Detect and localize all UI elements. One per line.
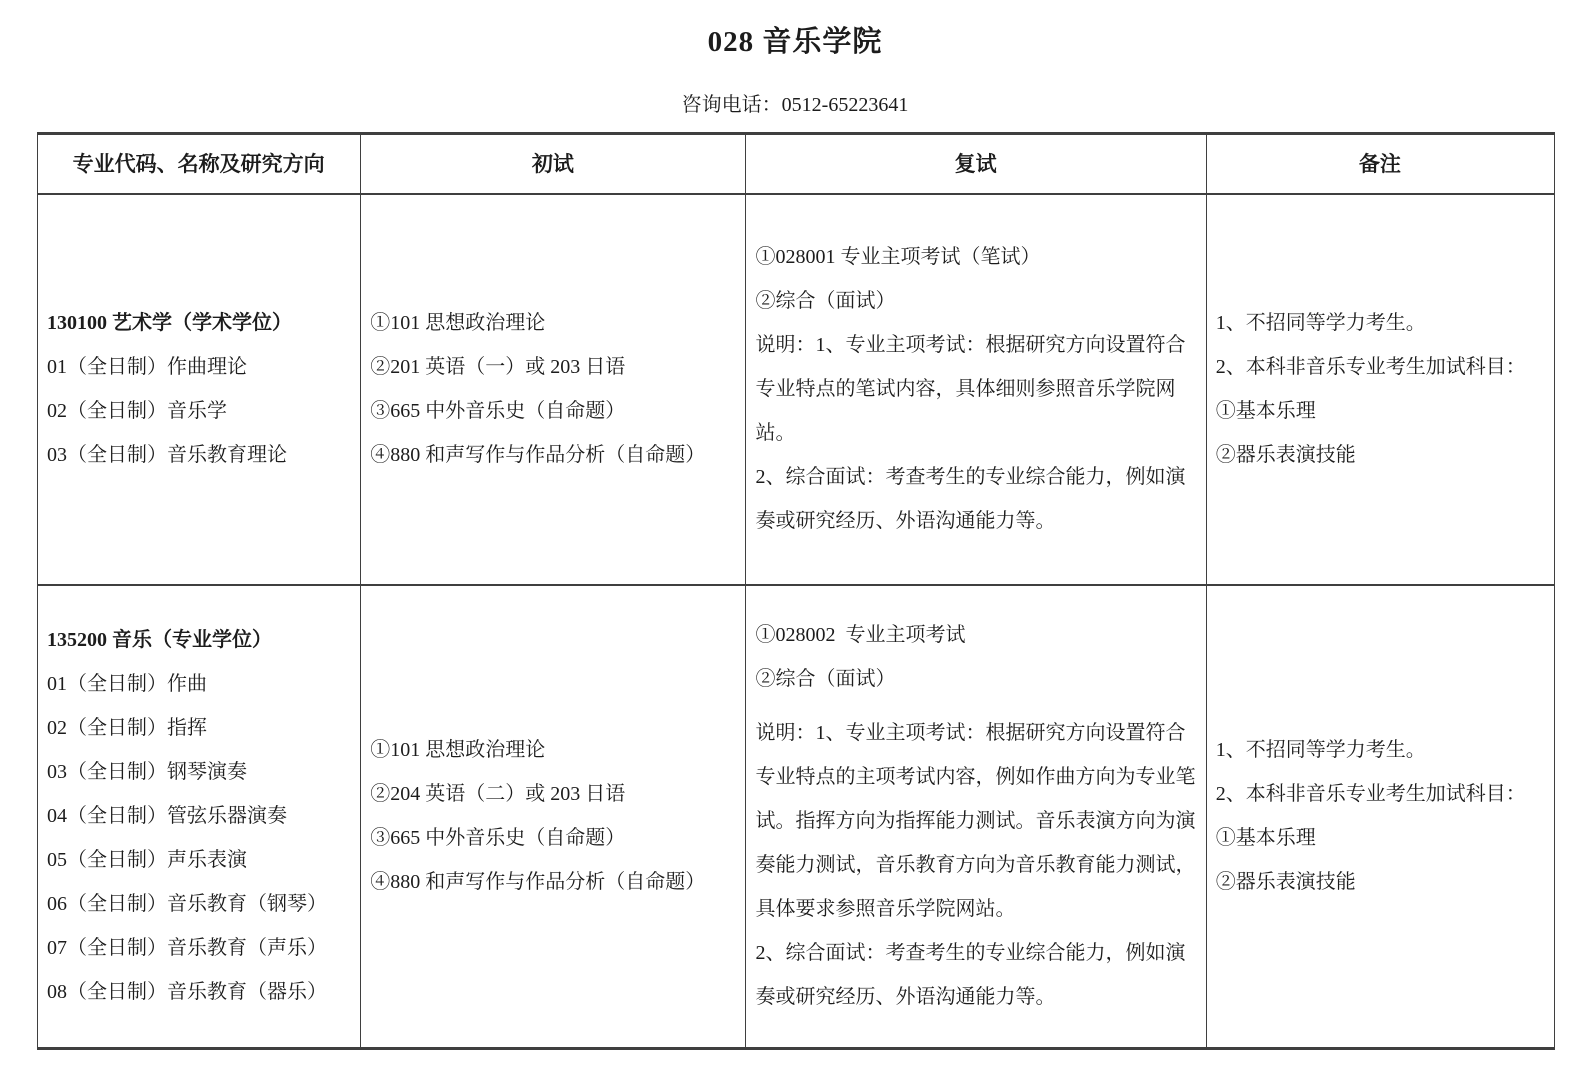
- retest-cell: ①028002 专业主项考试 ②综合（面试） 说明：1、专业主项考试：根据研究方…: [746, 585, 1206, 1049]
- contact-phone: 咨询电话：0512-65223641: [0, 92, 1590, 118]
- note-line: 1、不招同等学力考生。: [1216, 728, 1544, 772]
- exam-subject-line: ①101 思想政治理论: [370, 728, 735, 772]
- direction-line: 02（全日制）指挥: [47, 706, 350, 750]
- exam-subject-line: ②201 英语（一）或 203 日语: [370, 345, 735, 389]
- exam-subject-line: ③665 中外音乐史（自命题）: [370, 816, 735, 860]
- note-line: ②器乐表演技能: [1216, 433, 1544, 477]
- retest-paragraph: ①028002 专业主项考试: [755, 613, 1195, 657]
- retest-paragraph: ②综合（面试）: [755, 657, 1195, 701]
- direction-line: 07（全日制）音乐教育（声乐）: [47, 926, 350, 970]
- note-line: ①基本乐理: [1216, 816, 1544, 860]
- exam-subject-line: ①101 思想政治理论: [370, 301, 735, 345]
- header-cell-retest: 复试: [746, 134, 1206, 194]
- exam-subject-line: ③665 中外音乐史（自命题）: [370, 389, 735, 433]
- initial-exam-cell: ①101 思想政治理论 ②204 英语（二）或 203 日语 ③665 中外音乐…: [361, 585, 746, 1049]
- note-line: 1、不招同等学力考生。: [1216, 301, 1544, 345]
- notes-cell: 1、不招同等学力考生。 2、本科非音乐专业考生加试科目： ①基本乐理 ②器乐表演…: [1206, 194, 1554, 585]
- note-line: ②器乐表演技能: [1216, 860, 1544, 904]
- direction-line: 06（全日制）音乐教育（钢琴）: [47, 882, 350, 926]
- note-line: ①基本乐理: [1216, 389, 1544, 433]
- direction-line: 05（全日制）声乐表演: [47, 838, 350, 882]
- major-cell: 135200 音乐（专业学位） 01（全日制）作曲 02（全日制）指挥 03（全…: [38, 585, 361, 1049]
- note-line: 2、本科非音乐专业考生加试科目：: [1216, 345, 1544, 389]
- notes-cell: 1、不招同等学力考生。 2、本科非音乐专业考生加试科目： ①基本乐理 ②器乐表演…: [1206, 585, 1554, 1049]
- exam-subject-line: ④880 和声写作与作品分析（自命题）: [370, 433, 735, 477]
- direction-line: 02（全日制）音乐学: [47, 389, 350, 433]
- direction-line: 01（全日制）作曲理论: [47, 345, 350, 389]
- retest-paragraph: 说明：1、专业主项考试：根据研究方向设置符合专业特点的笔试内容，具体细则参照音乐…: [755, 323, 1195, 455]
- major-code-line: 135200 音乐（专业学位）: [47, 618, 350, 662]
- major-cell: 130100 艺术学（学术学位） 01（全日制）作曲理论 02（全日制）音乐学 …: [38, 194, 361, 585]
- header-cell-major: 专业代码、名称及研究方向: [38, 134, 361, 194]
- exam-subject-line: ④880 和声写作与作品分析（自命题）: [370, 860, 735, 904]
- page-title: 028 音乐学院: [0, 25, 1590, 60]
- header-cell-initial-exam: 初试: [361, 134, 746, 194]
- note-line: 2、本科非音乐专业考生加试科目：: [1216, 772, 1544, 816]
- direction-line: 03（全日制）音乐教育理论: [47, 433, 350, 477]
- header-cell-notes: 备注: [1206, 134, 1554, 194]
- document-page: 028 音乐学院 咨询电话：0512-65223641 专业代码、名称及研究方向…: [0, 0, 1590, 1086]
- direction-line: 03（全日制）钢琴演奏: [47, 750, 350, 794]
- retest-paragraph: 2、综合面试：考查考生的专业综合能力，例如演奏或研究经历、外语沟通能力等。: [755, 455, 1195, 543]
- retest-paragraph: ①028001 专业主项考试（笔试）: [755, 235, 1195, 279]
- direction-line: 08（全日制）音乐教育（器乐）: [47, 970, 350, 1014]
- direction-line: 01（全日制）作曲: [47, 662, 350, 706]
- direction-line: 04（全日制）管弦乐器演奏: [47, 794, 350, 838]
- exam-subject-line: ②204 英语（二）或 203 日语: [370, 772, 735, 816]
- table-row: 130100 艺术学（学术学位） 01（全日制）作曲理论 02（全日制）音乐学 …: [38, 194, 1555, 585]
- initial-exam-cell: ①101 思想政治理论 ②201 英语（一）或 203 日语 ③665 中外音乐…: [361, 194, 746, 585]
- major-code-line: 130100 艺术学（学术学位）: [47, 301, 350, 345]
- table-row: 135200 音乐（专业学位） 01（全日制）作曲 02（全日制）指挥 03（全…: [38, 585, 1555, 1049]
- table-header-row: 专业代码、名称及研究方向 初试 复试 备注: [38, 134, 1555, 194]
- retest-paragraph: 2、综合面试：考查考生的专业综合能力，例如演奏或研究经历、外语沟通能力等。: [755, 931, 1195, 1019]
- retest-cell: ①028001 专业主项考试（笔试） ②综合（面试） 说明：1、专业主项考试：根…: [746, 194, 1206, 585]
- admissions-table: 专业代码、名称及研究方向 初试 复试 备注 130100 艺术学（学术学位） 0…: [37, 132, 1555, 1050]
- retest-paragraph: ②综合（面试）: [755, 279, 1195, 323]
- retest-paragraph: 说明：1、专业主项考试：根据研究方向设置符合专业特点的主项考试内容，例如作曲方向…: [755, 711, 1195, 931]
